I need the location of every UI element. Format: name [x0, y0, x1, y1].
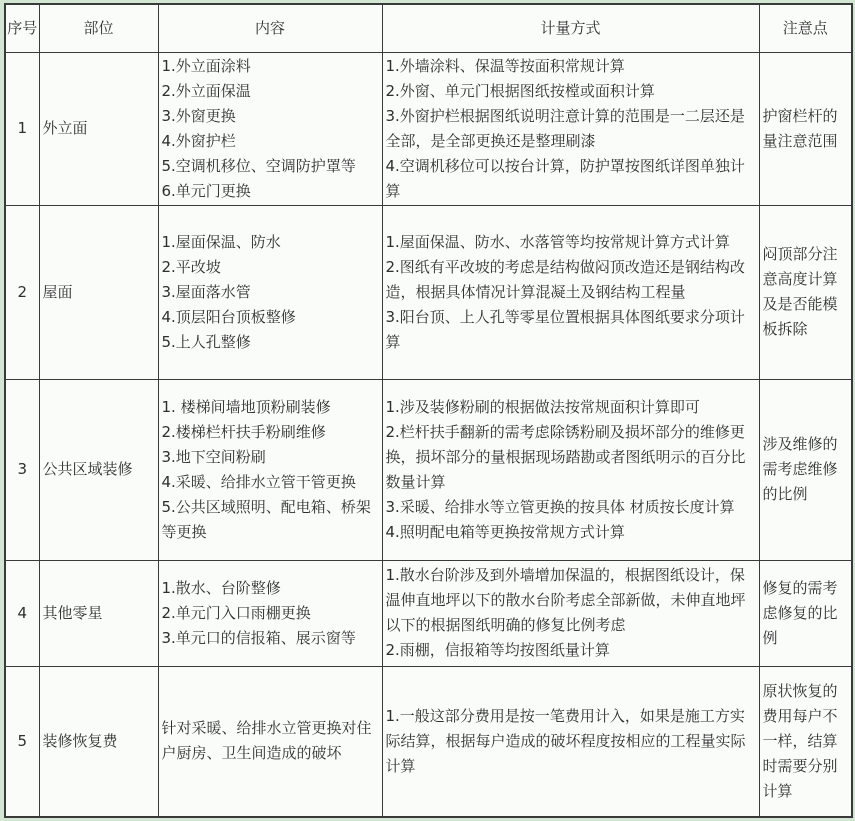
cell-content: 1.屋面保温、防水 2.平改坡 3.屋面落水管 4.顶层阳台顶板整修 5.上人孔… — [158, 205, 382, 379]
table-row: 4 其他零星 1.散水、台阶整修 2.单元门入口雨棚更换 3.单元口的信报箱、展… — [5, 560, 852, 666]
cell-content: 1.外立面涂料 2.外立面保温 3.外窗更换 4.外窗护栏 5.空调机移位、空调… — [158, 52, 382, 205]
header-part: 部位 — [39, 4, 158, 52]
cell-note: 原状恢复的费用每户不一样，结算时需要分别计算 — [759, 666, 852, 817]
header-method: 计量方式 — [382, 4, 759, 52]
header-content: 内容 — [158, 4, 382, 52]
cell-note: 护窗栏杆的量注意范围 — [759, 52, 852, 205]
table-row: 5 装修恢复费 针对采暖、给排水立管更换对住户厨房、卫生间造成的破坏 1.一般这… — [5, 666, 852, 817]
cell-content: 1.散水、台阶整修 2.单元门入口雨棚更换 3.单元口的信报箱、展示窗等 — [158, 560, 382, 666]
document-page: 序号 部位 内容 计量方式 注意点 1 外立面 1.外立面涂料 2.外立面保温 … — [0, 0, 855, 821]
cell-part: 外立面 — [39, 52, 158, 205]
cell-method: 1.涉及装修粉刷的根据做法按常规面积计算即可 2.栏杆扶手翻新的需考虑除锈粉刷及… — [382, 379, 759, 560]
cell-no: 2 — [5, 205, 39, 379]
header-note: 注意点 — [759, 4, 852, 52]
cell-note: 修复的需考虑修复的比例 — [759, 560, 852, 666]
table-row: 2 屋面 1.屋面保温、防水 2.平改坡 3.屋面落水管 4.顶层阳台顶板整修 … — [5, 205, 852, 379]
cell-no: 1 — [5, 52, 39, 205]
cell-part: 公共区域装修 — [39, 379, 158, 560]
cell-no: 3 — [5, 379, 39, 560]
cell-content: 针对采暖、给排水立管更换对住户厨房、卫生间造成的破坏 — [158, 666, 382, 817]
cell-method: 1.外墙涂料、保温等按面积常规计算 2.外窗、单元门根据图纸按樘或面积计算 3.… — [382, 52, 759, 205]
cell-no: 4 — [5, 560, 39, 666]
table-header-row: 序号 部位 内容 计量方式 注意点 — [5, 4, 852, 52]
header-no: 序号 — [5, 4, 39, 52]
cell-no: 5 — [5, 666, 39, 817]
cell-content: 1. 楼梯间墙地顶粉刷装修 2.楼梯栏杆扶手粉刷维修 3.地下空间粉刷 4.采暖… — [158, 379, 382, 560]
cell-part: 屋面 — [39, 205, 158, 379]
table-row: 3 公共区域装修 1. 楼梯间墙地顶粉刷装修 2.楼梯栏杆扶手粉刷维修 3.地下… — [5, 379, 852, 560]
cell-method: 1.屋面保温、防水、水落管等均按常规计算方式计算 2.图纸有平改坡的考虑是结构做… — [382, 205, 759, 379]
cell-part: 装修恢复费 — [39, 666, 158, 817]
table-row: 1 外立面 1.外立面涂料 2.外立面保温 3.外窗更换 4.外窗护栏 5.空调… — [5, 52, 852, 205]
cell-method: 1.散水台阶涉及到外墙增加保温的，根据图纸设计，保温伸直地坪以下的散水台阶考虑全… — [382, 560, 759, 666]
cell-note: 闷顶部分注意高度计算及是否能模板拆除 — [759, 205, 852, 379]
cell-note: 涉及维修的需考虑维修的比例 — [759, 379, 852, 560]
measurement-table: 序号 部位 内容 计量方式 注意点 1 外立面 1.外立面涂料 2.外立面保温 … — [4, 3, 853, 818]
cell-part: 其他零星 — [39, 560, 158, 666]
cell-method: 1.一般这部分费用是按一笔费用计入，如果是施工方实际结算，根据每户造成的破坏程度… — [382, 666, 759, 817]
